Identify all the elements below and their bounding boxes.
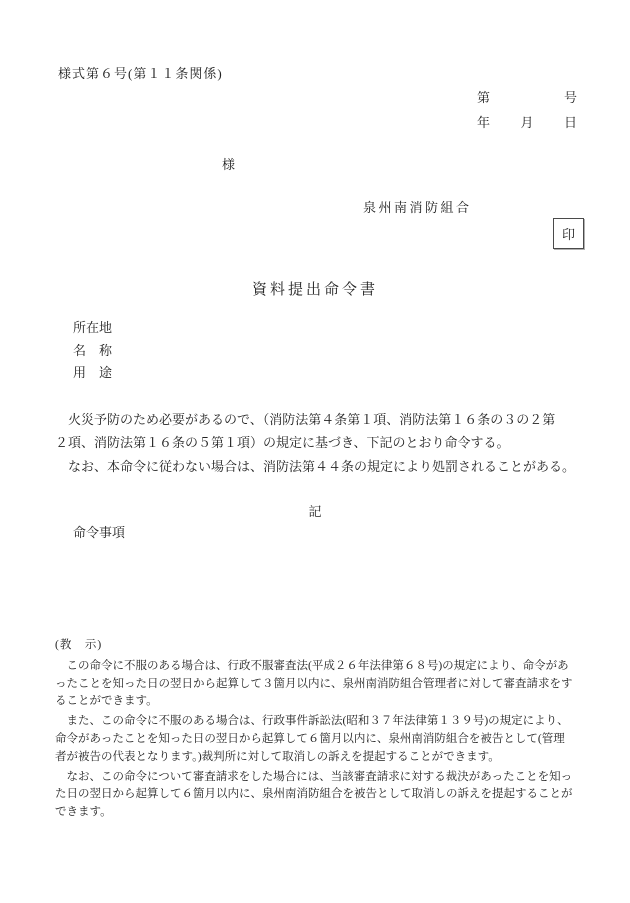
order-items-heading: 命令事項 [73, 525, 125, 541]
notice-line: できます。 [55, 804, 579, 822]
notice-line: 命令があったことを知った日の翌日から起算して６箇月以内に、泉州南消防組合を被告と… [55, 731, 579, 749]
field-name-label: 名 称 [73, 340, 112, 363]
appeal-notice-section: (教 示) この命令に不服のある場合は、行政不服審査法(平成２６年法律第６８号)… [55, 637, 579, 822]
ki-separator-label: 記 [0, 504, 630, 520]
doc-number-prefix: 第 [477, 90, 490, 105]
notice-line: た日の翌日から起算して６箇月以内に、泉州南消防組合を被告として取消しの訴えを提起… [55, 786, 579, 804]
issuer-name: 泉州南消防組合 [363, 200, 472, 215]
document-page: 様式第６号(第１１条関係) 第 号 年 月 日 様 泉州南消防組合 印 資料提出… [0, 0, 630, 903]
notice-line: なお、この命令について審査請求をした場合には、当該審査請求に対する裁決があったこ… [55, 769, 579, 787]
field-location-label: 所在地 [73, 317, 112, 340]
doc-number-suffix: 号 [564, 90, 577, 105]
date-line: 年 月 日 [477, 115, 577, 130]
order-body-line: ２項、消防法第１６条の５第１項）の規定に基づき、下記のとおり命令する。 [55, 431, 579, 454]
notice-line: ることができます。 [55, 693, 579, 711]
seal-label: 印 [562, 224, 575, 243]
date-month-label: 月 [520, 115, 533, 130]
recipient-honorific: 様 [222, 157, 235, 172]
order-body-text: 火災予防のため必要があるので、（消防法第４条第１項、消防法第１６条の３の２第 ２… [55, 408, 579, 478]
notice-heading: (教 示) [55, 637, 579, 655]
notice-line: 者が被告の代表となります。)裁判所に対して取消しの訴えを提起することができます。 [55, 749, 579, 767]
notice-line: ったことを知った日の翌日から起算して３箇月以内に、泉州南消防組合管理者に対して審… [55, 676, 579, 694]
seal-box: 印 [553, 218, 584, 249]
date-day-label: 日 [564, 115, 577, 130]
form-number-label: 様式第６号(第１１条関係) [58, 66, 223, 81]
order-body-line: なお、本命令に従わない場合は、消防法第４４条の規定により処罰されることがある。 [55, 455, 579, 478]
notice-line: また、この命令に不服のある場合は、行政事件訴訟法(昭和３７年法律第１３９号)の規… [55, 713, 579, 731]
notice-line: この命令に不服のある場合は、行政不服審査法(平成２６年法律第６８号)の規定により… [55, 658, 579, 676]
order-body-line: 火災予防のため必要があるので、（消防法第４条第１項、消防法第１６条の３の２第 [55, 408, 579, 431]
property-fields: 所在地 名 称 用 途 [73, 317, 112, 385]
field-use-label: 用 途 [73, 362, 112, 385]
date-year-label: 年 [477, 115, 490, 130]
page-title: 資料提出命令書 [0, 281, 630, 299]
document-number-line: 第 号 [477, 90, 577, 105]
